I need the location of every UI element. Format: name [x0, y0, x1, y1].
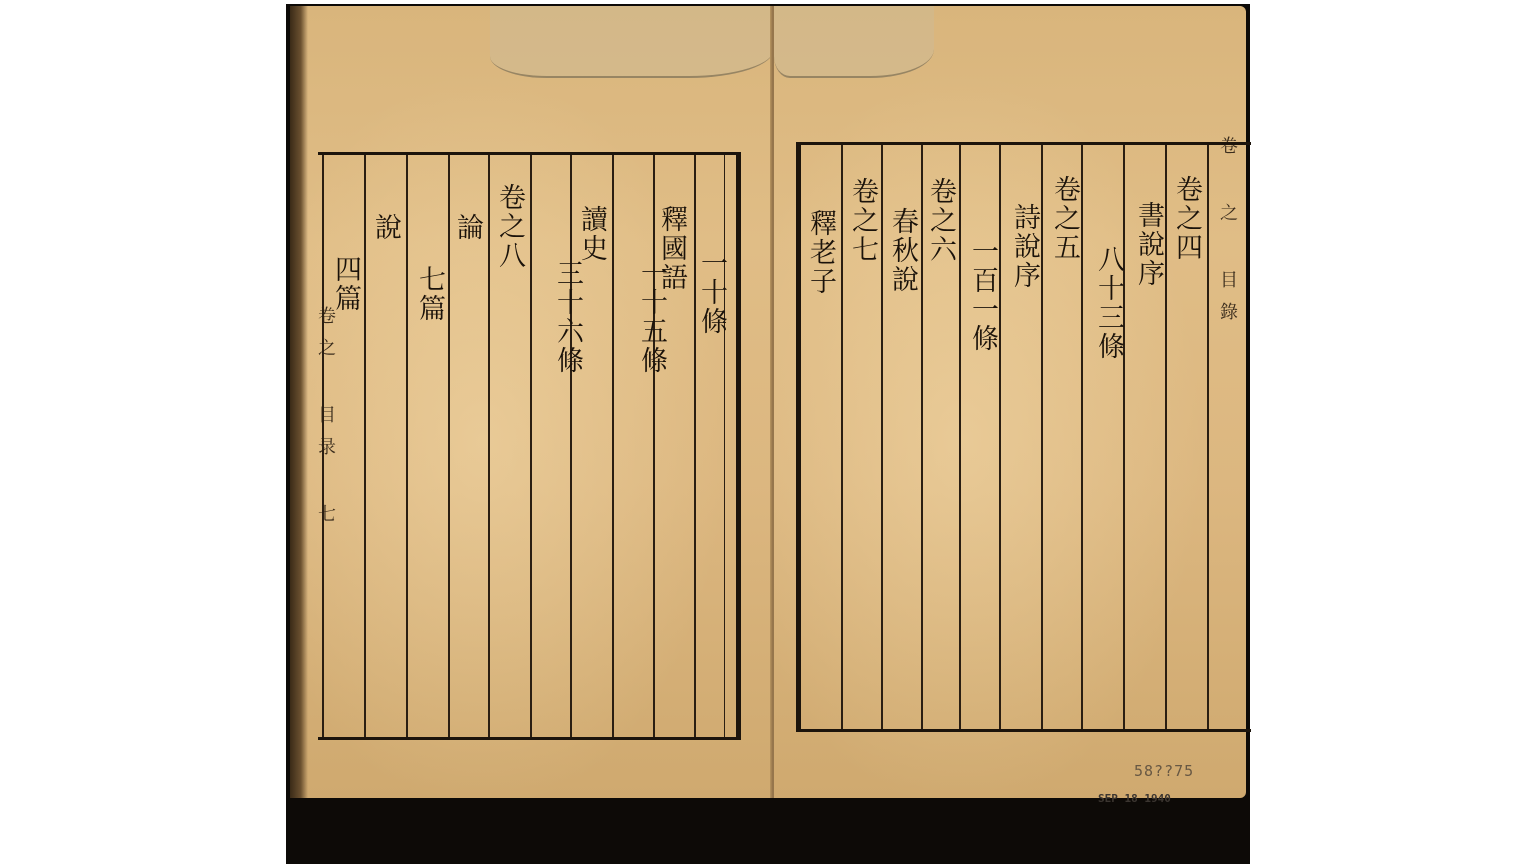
toc-entry: 七篇 [416, 265, 443, 323]
left-frame: 一十條 釋國語 一十五條 讀史 三十六條 卷之八 論 七篇 說 四篇 [318, 152, 741, 740]
right-frame: 卷之四 書說序 八十三條 卷之五 詩說序 一百一條 卷之六 春秋說 卷之七 釋老… [796, 142, 1251, 732]
toc-entry: 讀史 [578, 205, 605, 263]
toc-entry: 釋老子 [807, 209, 834, 296]
toc-entry: 詩說序 [1011, 203, 1038, 290]
toc-entry: 卷之七 [849, 177, 876, 264]
toc-entry: 論 [454, 213, 481, 242]
water-stain [774, 6, 934, 78]
book-scan: 卷之 目录 七 一十條 釋國語 一十五條 讀史 三十六條 卷之八 論 七篇 說 … [286, 4, 1250, 864]
toc-entry: 四篇 [332, 255, 359, 313]
accession-number-stamp: 58??75 [1134, 762, 1194, 780]
left-page: 卷之 目录 七 一十條 釋國語 一十五條 讀史 三十六條 卷之八 論 七篇 說 … [290, 6, 772, 798]
toc-entry: 卷之五 [1051, 175, 1078, 262]
date-stamp: SEP 18 1940 [1098, 792, 1171, 805]
toc-entry: 一十五條 [638, 259, 665, 375]
toc-entry: 卷之六 [927, 177, 954, 264]
binding-edge [290, 6, 308, 798]
water-stain [490, 6, 774, 78]
toc-entry: 八十三條 [1095, 245, 1122, 361]
right-page: 卷 之 目錄 卷之四 書說序 八十三條 卷之五 詩說序 一百一條 卷之六 春秋說… [774, 6, 1246, 798]
toc-entry: 三十六條 [554, 259, 581, 375]
toc-entry: 一十條 [698, 249, 725, 336]
toc-entry: 說 [372, 213, 399, 242]
toc-entry: 春秋說 [889, 207, 916, 294]
toc-entry: 一百一條 [969, 237, 996, 353]
toc-entry: 書說序 [1135, 201, 1162, 288]
toc-entry: 卷之四 [1173, 175, 1200, 262]
toc-entry: 卷之八 [496, 183, 523, 270]
